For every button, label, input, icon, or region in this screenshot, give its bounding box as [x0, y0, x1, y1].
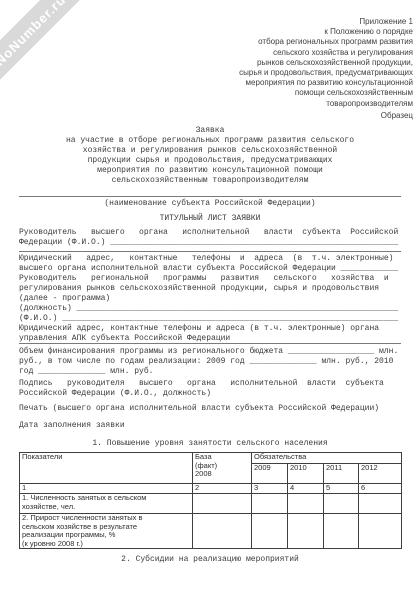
appendix-header-line: к Положению о порядке: [239, 27, 413, 37]
column-number-cell: 2: [193, 484, 252, 494]
table-row: 2. Прирост численности занятых в сельско…: [20, 514, 402, 549]
subject-name-blank-line: [19, 196, 401, 197]
column-number-cell: 6: [359, 484, 402, 494]
appendix-header-line: отбора региональных программ развития: [239, 37, 413, 47]
date-line: Дата заполнения заявки: [19, 421, 415, 431]
watermark-ribbon: NoNumber.ru: [0, 0, 100, 100]
col-header-obligations: Обязательства: [252, 453, 402, 464]
appendix-header-line: товаропроизводителям: [239, 99, 413, 109]
appendix-header-line: рынков сельскохозяйственной продукции,: [239, 58, 413, 68]
table-header-row: Показатели База (факт) 2008 Обязательств…: [20, 453, 402, 464]
address-and-program-head-block: Юридический адрес, контактные телефоны и…: [19, 254, 415, 344]
column-number-cell: 1: [20, 484, 193, 494]
application-title-line: продукции сырья и продовольствия, предус…: [19, 156, 401, 166]
body-line: Печать (высшего органа исполнительной вл…: [19, 404, 415, 414]
value-cell: [359, 514, 402, 549]
body-line: Юридический адрес, контактные телефоны и…: [19, 254, 415, 264]
col-header-year: 2012: [359, 464, 402, 484]
body-line: Руководитель региональной программы разв…: [19, 274, 415, 284]
appendix-header-line: сельского хозяйства и регулирования: [239, 48, 413, 58]
col-header-year: 2009: [252, 464, 288, 484]
value-cell: [288, 494, 324, 514]
column-number-row: 1 2 3 4 5 6: [20, 484, 402, 494]
value-cell: [288, 514, 324, 549]
sample-label: Образец: [381, 111, 413, 121]
body-line: Объем финансирования программы из регион…: [19, 347, 415, 357]
document-page: NoNumber.ru Приложение 1 к Положению о п…: [0, 0, 420, 600]
indicators-table-wrap: Показатели База (факт) 2008 Обязательств…: [19, 452, 402, 549]
subject-caption: (наименование субъекта Российской Федера…: [19, 199, 401, 209]
appendix-header-line: сырья и продовольствия, предусматривающи…: [239, 68, 413, 78]
body-line: (далее - программа): [19, 294, 415, 304]
stamp-line: Печать (высшего органа исполнительной вл…: [19, 404, 415, 414]
body-line: Подпись руководителя высшего органа испо…: [19, 379, 415, 389]
application-title-line: хозяйства и регулирования рынков сельско…: [19, 146, 401, 156]
name-blank-line: (Ф.И.О.) _______________________________…: [19, 314, 415, 324]
indicators-table: Показатели База (факт) 2008 Обязательств…: [19, 452, 402, 549]
body-line: Руководитель высшего органа исполнительн…: [19, 228, 415, 238]
title-sheet-heading: ТИТУЛЬНЫЙ ЛИСТ ЗАЯВКИ: [19, 214, 401, 224]
divider-line: [19, 251, 401, 252]
value-cell: [359, 494, 402, 514]
head-official-block: Руководитель высшего органа исполнительн…: [19, 228, 415, 248]
col-header-year: 2011: [324, 464, 359, 484]
body-line: Дата заполнения заявки: [19, 421, 415, 431]
column-number-cell: 5: [324, 484, 359, 494]
watermark-text: NoNumber.ru: [0, 0, 68, 68]
value-cell: [193, 514, 252, 549]
application-title-line: на участие в отборе региональных програм…: [19, 136, 401, 146]
application-title-line: сельскохозяйственным товаропроизводителя…: [19, 176, 401, 186]
value-cell: [252, 514, 288, 549]
appendix-header-line: Приложение 1: [239, 17, 413, 27]
financing-block: Объем финансирования программы из регион…: [19, 347, 415, 377]
column-number-cell: 3: [252, 484, 288, 494]
application-title-line: мероприятия по развитию консультационной…: [19, 166, 401, 176]
value-cell: [252, 494, 288, 514]
body-line: год ______________ млн. руб.: [19, 367, 415, 377]
application-title: Заявка на участие в отборе региональных …: [19, 126, 401, 186]
signature-block: Подпись руководителя высшего органа испо…: [19, 379, 415, 399]
body-line: руб., в том числе по годам реализации: 2…: [19, 357, 415, 367]
body-line: Юридический адрес, контактные телефоны и…: [19, 324, 415, 334]
appendix-header-line: помощи сельскохозяйственным: [239, 88, 413, 98]
column-number-cell: 4: [288, 484, 324, 494]
col-header-base-2008: База (факт) 2008: [193, 453, 252, 484]
appendix-header-line: мероприятия по развитию консультационной: [239, 78, 413, 88]
indicator-cell: 2. Прирост численности занятых в сельско…: [20, 514, 193, 549]
application-title-line: Заявка: [19, 126, 401, 136]
section-1-heading: 1. Повышение уровня занятости сельского …: [19, 439, 401, 449]
section-2-heading: 2. Субсидии на реализацию мероприятий: [19, 555, 401, 565]
value-cell: [324, 514, 359, 549]
value-cell: [193, 494, 252, 514]
divider-line: [19, 343, 401, 344]
body-line: регулирования рынков сельскохозяйственно…: [19, 284, 415, 294]
body-line: высшего органа исполнительной власти суб…: [19, 264, 415, 274]
col-header-year: 2010: [288, 464, 324, 484]
body-line: Федерации (Ф.И.О.) _____________________…: [19, 238, 415, 248]
indicator-cell: 1. Численность занятых в сельском хозяйс…: [20, 494, 193, 514]
table-row: 1. Численность занятых в сельском хозяйс…: [20, 494, 402, 514]
col-header-indicators: Показатели: [20, 453, 193, 484]
value-cell: [324, 494, 359, 514]
position-blank-line: (должность) ____________________________…: [19, 304, 415, 314]
body-line: Российской Федерации (Ф.И.О., должность): [19, 389, 415, 399]
appendix-header: Приложение 1 к Положению о порядке отбор…: [239, 17, 413, 109]
